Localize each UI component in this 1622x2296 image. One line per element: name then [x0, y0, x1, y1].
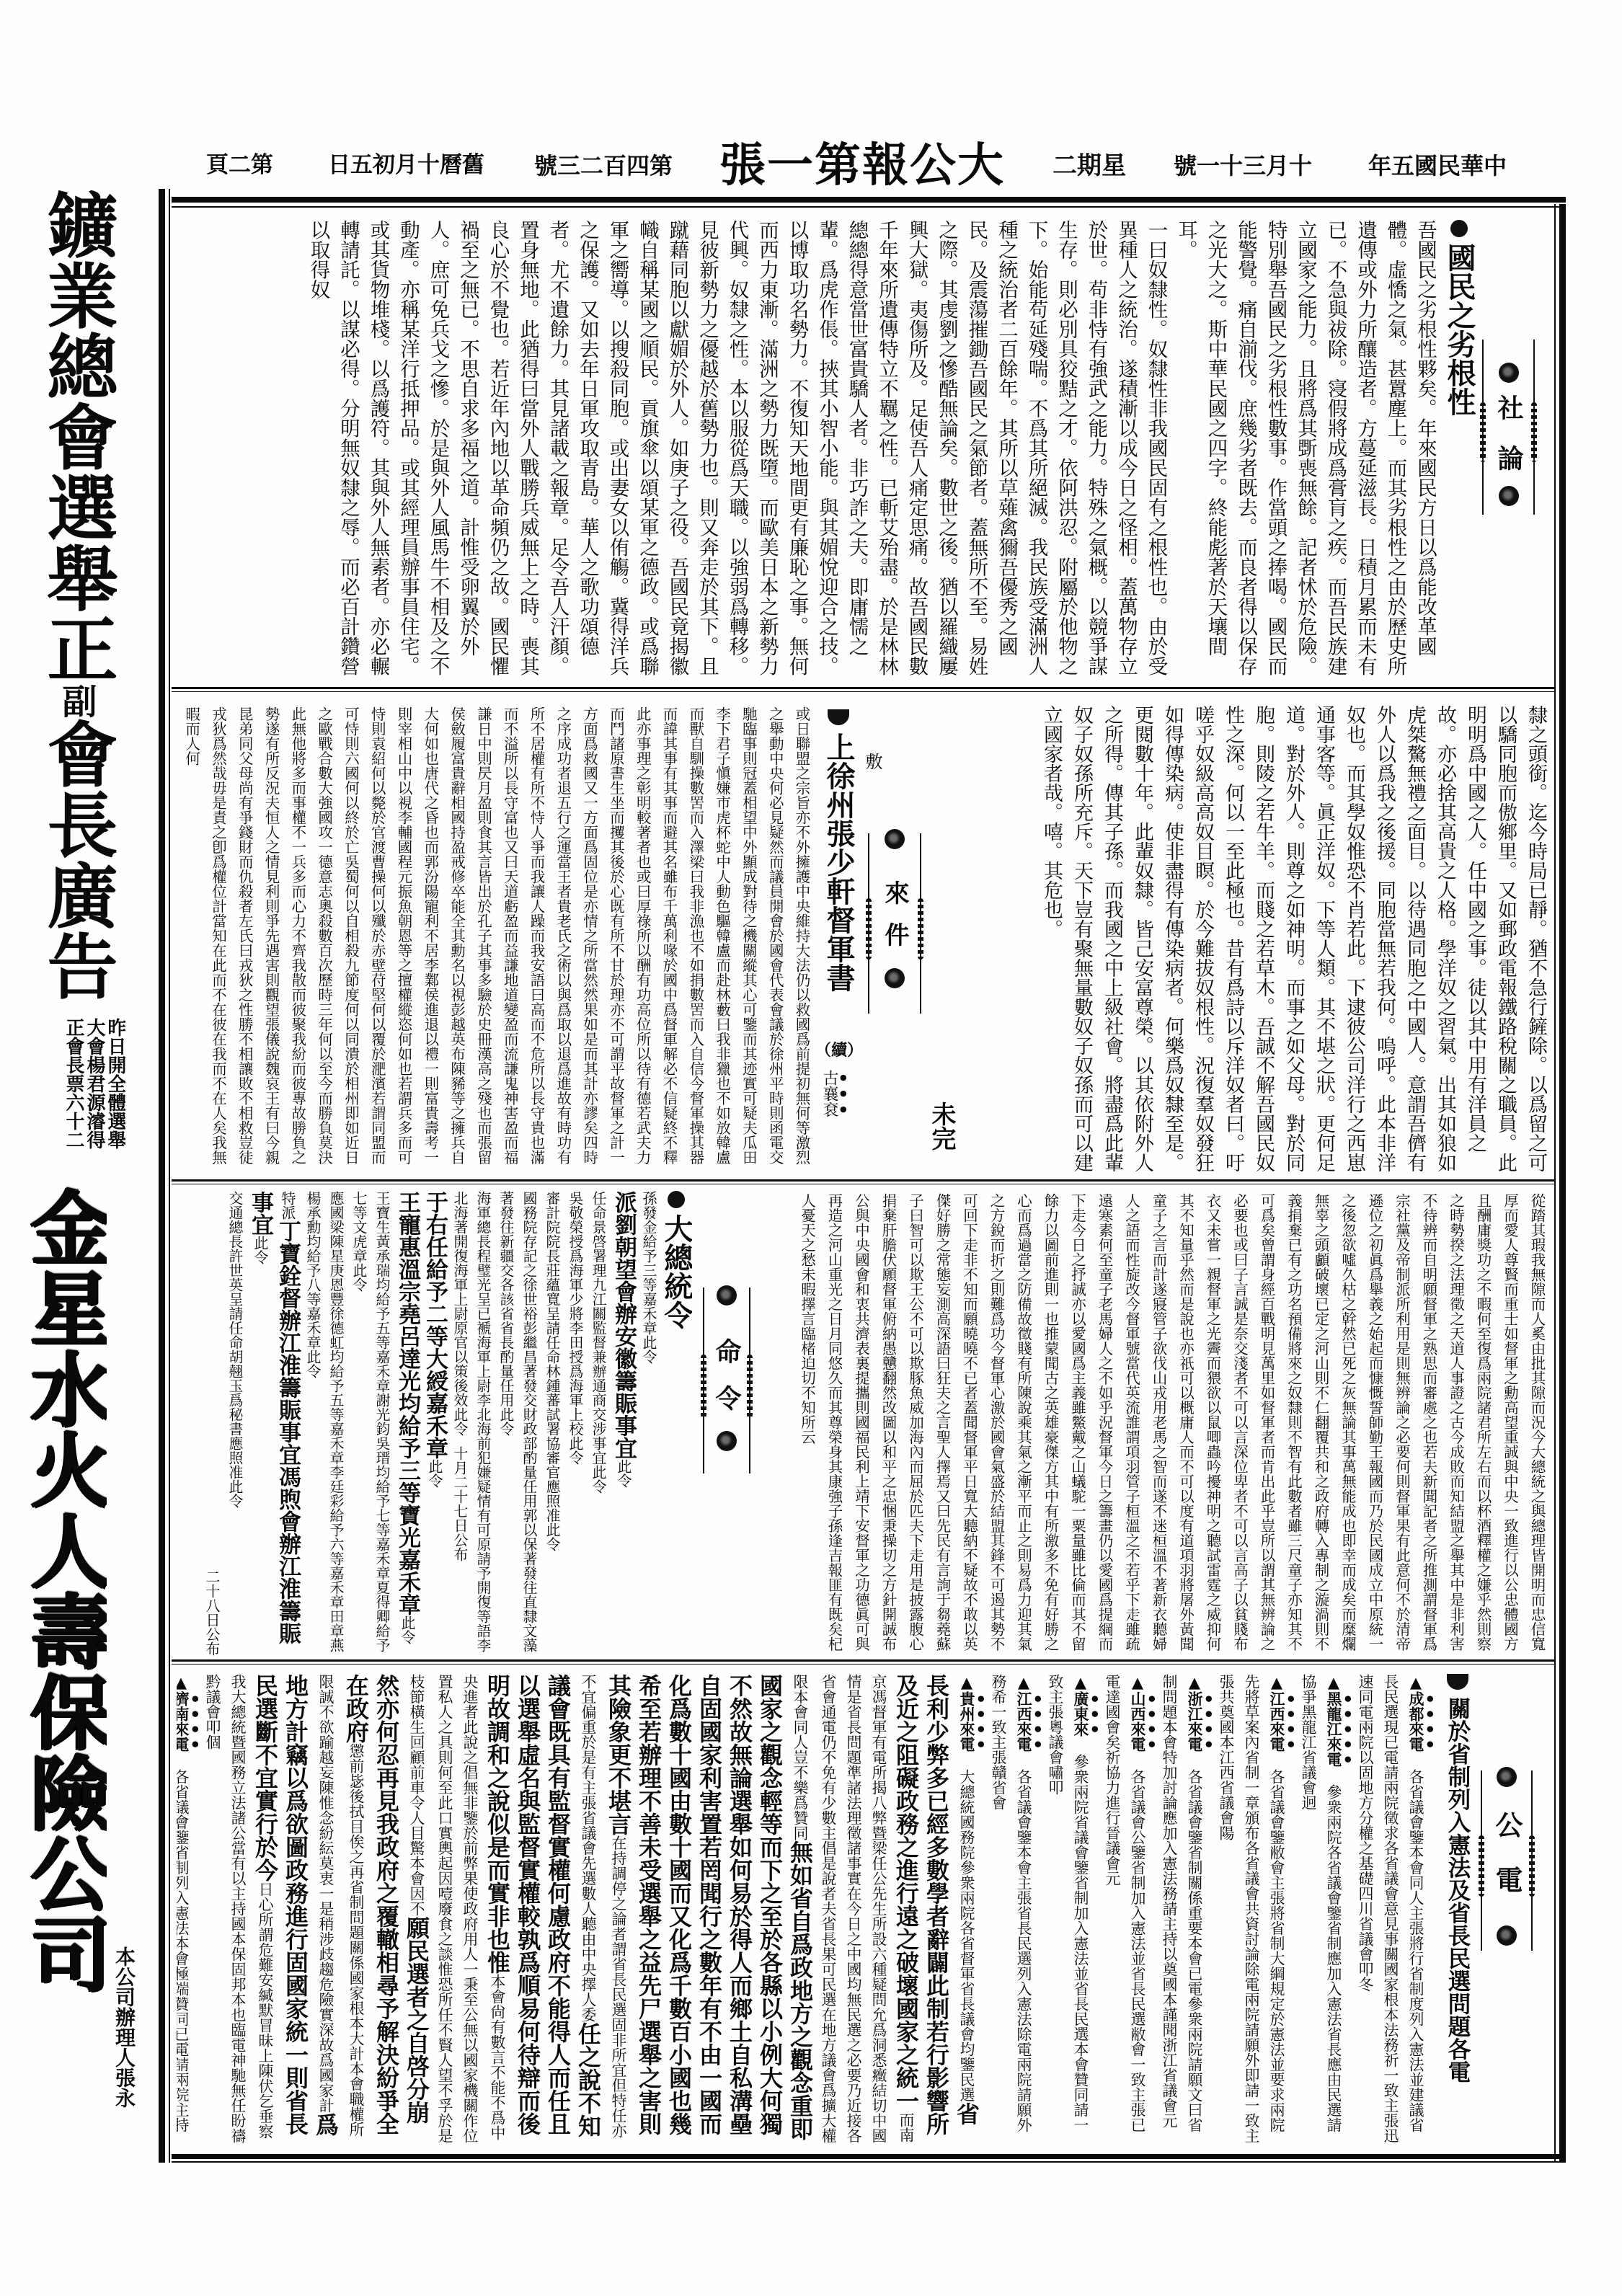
ad-insurance-footer: 本公司辦理人張永 [110, 1946, 137, 2148]
section-divider-3 [172, 1659, 1556, 1662]
section-label-text: 社論 [1478, 394, 1539, 495]
telegram-item: ▲濟南來電各省議會鑒省制列入憲法本會極端贊同已電請兩院主持魯議會宥叩 [177, 1674, 200, 2146]
order-item: 派劉朝望會辦安徽籌賑事宜此令 [610, 1191, 637, 1656]
bullet-icon [1450, 220, 1468, 237]
ad-title-part: 會長廣告 [35, 718, 118, 1001]
spacer [1416, 1752, 1417, 1769]
editorial-title-text: 國民之劣根性 [1442, 243, 1476, 416]
spacer [1195, 1752, 1195, 1769]
triangle-marker-icon: ▲ [1072, 1674, 1089, 1691]
editorial-to-be-continued: 未完 [926, 1102, 957, 1166]
ad-insurance-title: 金星水火人壽保險公司 [22, 1186, 107, 2152]
telegram-text: 懲前毖後拭目俟之再省制問題關係國家根本大計本會職權所限誠不欲踰越妄陳惟念紛紜莫衷… [317, 1674, 365, 2137]
triangle-marker-icon: ▲ [1268, 1674, 1285, 1691]
masthead-rule [172, 197, 1566, 203]
telegram-source: 成都來電 [1407, 1691, 1425, 1752]
masthead-weekday: 星期二 [1052, 154, 1126, 178]
telegram-item: ▲成都來電各省議會鑒本會同人主張將行省制度列入憲法並建議省長民選現已電請兩院徵求… [1352, 1674, 1435, 2146]
order-item: 王寶生黃承瑞均給予五等嘉禾章謝光鈞吳瑨均給予七等嘉禾章夏得卿給予七等文虎章此令 [347, 1191, 394, 1656]
telegram-text-emphasized: 無如省自爲政地方之觀念重即國家之觀念輕等而下之至於各縣以小例大何獨不然故無論選舉… [605, 1674, 814, 2140]
masthead-title: 大公報第一張 [719, 143, 1005, 189]
orders-heading: 大總統令 [660, 1191, 692, 1656]
masthead-page-number: 第二頁 [206, 154, 273, 177]
order-item: 交通總長許世英呈請任命胡翹玉爲秘書應照准此令 [223, 1191, 247, 1656]
ad-mining-association-notice: 昨日開全體選舉大會楊君源濬得正會長票六十二 [62, 1018, 125, 1162]
right-border-rule-thin [1554, 204, 1556, 2161]
editorial-paragraph: 一曰奴隸性。奴隸性非我國民固有之根性也。由於受異種人之統治。遂積漸以成今日之怪相… [303, 220, 1171, 685]
editorial-paragraph: 吾國民之劣根性夥矣。年來國民方日以爲能改革國體。虛憍之氣。甚囂塵上。而其劣根性之… [1171, 220, 1440, 685]
section-label-text: 來件 [865, 880, 924, 964]
bullet-icon [717, 1285, 737, 1306]
section-label-text: 命令 [701, 1338, 753, 1432]
section-label-orders: 命令 [701, 1283, 753, 1478]
order-item: 孫發金給予三等嘉禾章此令 [637, 1191, 660, 1656]
presidential-orders: 大總統令 孫發金給予三等嘉禾章此令 派劉朝望會辦安徽籌賑事宜此令 任命景啓署理九… [177, 1191, 692, 1656]
stray-character: 敷 [862, 753, 882, 774]
masthead-lunar-date: 舊曆十月初五日 [328, 154, 484, 177]
masthead-sheet: 第一張 [719, 138, 862, 192]
triangle-marker-icon: ▲ [1325, 1674, 1342, 1691]
continued-marker: （續） [815, 1038, 863, 1060]
spacer [1277, 1752, 1277, 1769]
section-divider-2 [172, 1179, 1556, 1182]
masthead-issue-number: 第四百二三號 [534, 154, 673, 177]
order-item: 海軍總長程璧光呈已褫海軍上尉李北海前犯嫌疑情有可原請予開復等語李北海著開復海軍上… [448, 1191, 495, 1656]
triangle-marker-icon: ▲ [1129, 1674, 1146, 1691]
correspondence-title: 上徐州張少軒督軍書 [822, 709, 855, 1034]
newspaper-page: 中華民國五年 十月三十一號 星期二 大公報第一張 第四百二三號 舊曆十月初五日 … [0, 0, 1622, 2296]
bullet-icon [885, 829, 905, 849]
triangle-marker-icon: ▲ [1407, 1674, 1424, 1691]
order-item: 于右任給予二等大綬嘉禾章此令 [421, 1191, 448, 1656]
masthead-republic-year: 中華民國五年 [1368, 154, 1507, 177]
order-prefix: 特派 [279, 1191, 296, 1220]
order-tail: 此令 [399, 1615, 416, 1644]
correspondence-body-continued: 從踏其瑕我無隙而人奚由批其隙而況今大總統之與總理皆開明而忠信寬厚而愛人尊賢而重士… [766, 1193, 1550, 1654]
spacer [1138, 1752, 1138, 1769]
bullet-icon [1497, 1767, 1517, 1787]
section-divider-1 [172, 687, 1556, 689]
triangle-marker-icon: ▲ [958, 1674, 975, 1691]
telegram-source: 江西來電 [1268, 1691, 1286, 1752]
masthead-date: 十月三十一號 [1174, 154, 1312, 177]
order-item: 特派丁寶銓督辦江淮籌賑事宜馮煦會辦江淮籌賑事宜此令 [247, 1191, 301, 1656]
telegram-source: 廣東來 [1072, 1691, 1090, 1737]
section-label-correspondence: 來件 [865, 829, 924, 1018]
editorial-continuation: 隸之頭銜。迄今時局已靜。猶不急行鏟除。以爲留之可以驕同胞而傲鄉里。又如郵政電報鐵… [926, 705, 1551, 1175]
telegram-source: 濟南來電 [177, 1691, 190, 1752]
order-text: 海軍總長程璧光呈已褫海軍上尉李北海前犯嫌疑情有可原請予開復等語李北海著開復海軍上… [451, 1191, 492, 1652]
masthead-rule-thin [172, 206, 1566, 208]
spacer [181, 1752, 182, 1769]
telegram-source: 黑龍江來電 [1325, 1691, 1343, 1767]
order-tail: 此令 [615, 1459, 632, 1488]
bullet-icon [717, 1431, 737, 1451]
section-divider-1-thin [172, 691, 1556, 692]
section-divider-2-thin [172, 1184, 1556, 1184]
orders-heading-text: 大總統令 [660, 1214, 692, 1329]
telegram-item: ▲黑龍江來電參衆兩院各省議會鑒省制應加入憲法省長應由民選請協爭黑龍江省議會迥 [1295, 1674, 1352, 2146]
telegram-source: 江西來電 [1015, 1691, 1033, 1752]
telegram-source: 貴州來電 [958, 1691, 976, 1752]
bullet-icon [885, 968, 905, 988]
telegram-source: 山西來電 [1129, 1691, 1147, 1752]
order-item: 任命景啓署理九江關監督兼辦通商交涉事宜此令 [587, 1191, 610, 1656]
crescent-ornament-icon [828, 709, 849, 725]
telegram-item: ▲江西來電各省議會鑒本會主張省長民選列入憲法除電兩院請願外務希一致主張贛省會 [985, 1674, 1042, 2146]
editorial-body: 吾國民之劣根性夥矣。年來國民方日以爲能改革國體。虛憍之氣。甚囂塵上。而其劣根性之… [177, 220, 1440, 685]
telegrams-title-text: 關於省制列入憲法及省長民選問題各電 [1445, 1697, 1471, 2083]
telegram-item: ▲江西來電各省議會鑒敝會主張將省制大綱規定於憲法並要求兩院先將草案內省制一章頒布… [1213, 1674, 1295, 2146]
right-border-rule [1559, 204, 1566, 2161]
spacer [460, 1436, 461, 1446]
telegram-text: 大總統國務院參衆兩院各省督軍省長議會均鑒民選 [958, 1769, 975, 2102]
telegram-item: ▲山西來電各省議會公鑒省制加入憲法並省長民選敝會一致主張已電達國會矣祈協力進行晉… [1099, 1674, 1156, 2146]
section-label-telegrams: 公電 [1479, 1766, 1534, 1955]
masthead-paper-name: 大公報 [862, 138, 1005, 192]
order-tail: 此令 [252, 1236, 269, 1264]
triangle-marker-icon: ▲ [177, 1674, 190, 1691]
order-item: 應國梁陳星庚恩豐徐德虹均給予五等嘉禾章李廷彩給予六等嘉禾章田章燕楊承勳均給予八等… [301, 1191, 347, 1656]
spacer [1081, 1737, 1081, 1754]
spacer [1334, 1767, 1334, 1784]
editorial-title: 國民之劣根性 [1442, 220, 1476, 443]
order-date: 十月二十七日公布 [451, 1446, 469, 1561]
ad-title-part: 鑛業總會選舉正 [35, 189, 118, 683]
section-divider-3-thin [172, 1664, 1556, 1665]
bullet-icon [1499, 486, 1519, 506]
telegrams-title: 關於省制列入憲法及省長民選問題各電 [1442, 1674, 1473, 2153]
left-border-rule [159, 189, 165, 2163]
spacer [967, 1752, 967, 1769]
order-tail: 此令 [426, 1459, 443, 1488]
order-item: 吳敬榮授爲海軍少將李田授爲海軍上校此令 [564, 1191, 587, 1656]
order-text: 于右任給予二等大綬嘉禾章 [422, 1191, 448, 1459]
order-text: 派劉朝望會辦安徽籌賑事宜 [611, 1191, 637, 1459]
crescent-ornament-icon [1447, 1674, 1468, 1690]
order-text: 王寵惠溫宗堯呂達光均給予三等寶光嘉禾章 [394, 1191, 420, 1615]
order-item: 王寵惠溫宗堯呂達光均給予三等寶光嘉禾章此令 [394, 1191, 421, 1656]
left-border-rule-thin [169, 189, 170, 2163]
section-label-text: 公電 [1479, 1811, 1534, 1920]
telegram-item: ▲浙江來電各省議會鑒省制關係重要本會已電參衆兩院請願文曰省制問題本會特加討論應加… [1156, 1674, 1213, 2146]
telegram-text: 參衆兩院省議會鑒省制加入憲法並省長民選本會贊同請一致主張粵議會嘯叩 [1047, 1674, 1089, 2132]
spacer [1024, 1752, 1024, 1769]
bottom-rule [172, 2154, 1566, 2159]
correspondence-body: 或日聯盟之宗旨亦不外擁護中央維持大法仍以救國爲前提初無何等激烈之舉動中央何必見疑… [177, 706, 815, 1175]
bottom-rule-thin [172, 2161, 1566, 2163]
telegram-item: ▲貴州來電大總統國務院參衆兩院各省督軍省長議會均鑒民選省長利少弊多已經多數學者辭… [200, 1674, 985, 2146]
triangle-marker-icon: ▲ [1186, 1674, 1203, 1691]
correspondence-author: 古襄袞 [822, 1070, 848, 1127]
telegrams-list: ▲成都來電各省議會鑒本會同人主張將行省制度列入憲法並建議省長民選現已電請兩院徵求… [177, 1674, 1435, 2146]
correspondence-title-text: 上徐州張少軒督軍書 [822, 732, 855, 992]
ad-title-small: 副 [56, 683, 97, 718]
order-item: 國務院存記之徐世裕彭繼昌著發交財政部酌量任用郭以保著發往直隸文藻著發往新疆交各該… [495, 1191, 541, 1656]
telegram-source: 浙江來電 [1186, 1691, 1204, 1752]
section-label-editorial: 社論 [1478, 335, 1539, 519]
triangle-marker-icon: ▲ [1015, 1674, 1032, 1691]
bullet-icon [1497, 1925, 1517, 1946]
bullet-icon [668, 1191, 685, 1208]
telegram-item: ▲廣東來參衆兩院省議會鑒省制加入憲法並省長民選本會贊同請一致主張粵議會嘯叩 [1042, 1674, 1099, 2146]
order-item: 審計院院長莊蘊寬呈請任命林鍾蕃試署協審官應照准此令 [541, 1191, 564, 1656]
ad-mining-association-title: 鑛業總會選舉正副會長廣告 [30, 189, 123, 1011]
orders-final-date: 二十八日公布 [200, 1191, 223, 1656]
bullet-icon [1499, 363, 1519, 383]
